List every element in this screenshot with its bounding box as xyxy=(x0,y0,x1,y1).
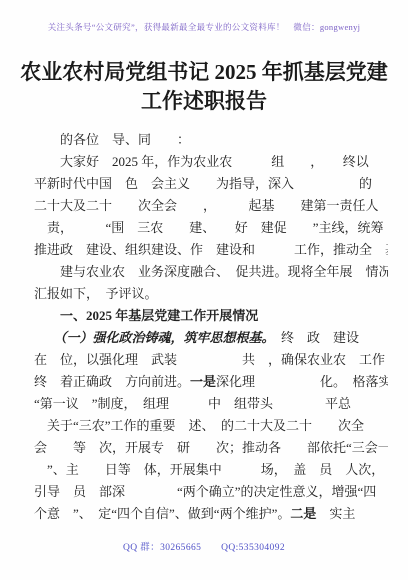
document-body: 的各位 导、同 ： 大家好 2025 年，作为农业农 组 ， 终以平新时代中国 … xyxy=(0,129,408,525)
document-title: 农业农村局党组书记 2025 年抓基层党建 工作述职报告 xyxy=(0,58,408,116)
text-segment: 深化理 化。 格落实 xyxy=(216,374,388,389)
body-line: 关于“三农”工作的重要 述、 的二十大及二十 次全 xyxy=(34,415,388,437)
text-segment: 建与农业农 业务深度融合、 促共进。现将全年展 情况 xyxy=(34,264,388,279)
body-line: 的各位 导、同 ： xyxy=(34,129,388,151)
body-line: ”、主 日等 体，开展集中 场， 盖 员 人次， xyxy=(34,459,388,481)
text-segment: 实主 xyxy=(316,506,355,521)
body-line: 平新时代中国 色 会主义 为指导，深入 的 xyxy=(34,173,388,195)
text-segment: （一）强化政治铸魂，筑牢思想根基。 xyxy=(34,330,268,345)
promo-header-text: 关注头条号“公文研究”，获得最新最全最专业的公文资料库！ 微信：gongweny… xyxy=(0,21,408,33)
text-segment: 一是 xyxy=(190,374,216,389)
qq-footer-text: QQ 群：30265665 QQ:535304092 xyxy=(0,539,408,553)
body-line: 大家好 2025 年，作为农业农 组 ， 终以 xyxy=(34,151,388,173)
text-segment: 责， “围 三农 建、 好 建促 ”主线，统筹 xyxy=(34,220,384,235)
body-line: （一）强化政治铸魂，筑牢思想根基。 终 政 建设 xyxy=(34,327,388,349)
text-segment: 二是 xyxy=(290,506,316,521)
body-line: 终 着正确政 方向前进。一是深化理 化。 格落实 xyxy=(34,371,388,393)
body-line: 责， “围 三农 建、 好 建促 ”主线，统筹 xyxy=(34,217,388,239)
text-segment: “第一议 ”制度， 组理 中 组带头 平总 xyxy=(34,396,351,411)
text-segment: ”、主 日等 体，开展集中 场， 盖 员 人次， xyxy=(34,462,384,477)
text-segment: 终 政 建设 xyxy=(268,330,359,345)
body-line: 汇报如下， 予评议。 xyxy=(34,283,388,305)
text-segment: 一、2025 年基层党建工作开展情况 xyxy=(34,308,258,323)
text-segment: 二十大及二十 次全会 ， 起基 建第一责任人 xyxy=(34,198,379,213)
text-segment: 引导 员 部深 “两个确立”的决定性意义，增强“四 xyxy=(34,484,376,499)
body-line: “第一议 ”制度， 组理 中 组带头 平总 xyxy=(34,393,388,415)
text-segment: 汇报如下， 予评议。 xyxy=(34,286,158,301)
body-line: 推进政 建设、组织建设、作 建设和 工作，推动全 基 xyxy=(34,239,388,261)
text-segment: 会 等 次，开展专 研 次；推动各 部依托“三会一 xyxy=(34,440,388,455)
body-line: 一、2025 年基层党建工作开展情况 xyxy=(34,305,388,327)
document-title-line-1: 农业农村局党组书记 2025 年抓基层党建 xyxy=(0,58,408,87)
body-line: 建与农业农 业务深度融合、 促共进。现将全年展 情况 xyxy=(34,261,388,283)
body-line: 在 位，以强化理 武装 共 ，确保农业农 工作 xyxy=(34,349,388,371)
text-segment: 在 位，以强化理 武装 共 ，确保农业农 工作 xyxy=(34,352,385,367)
text-segment: 终 着正确政 方向前进。 xyxy=(34,374,190,389)
text-segment: 的各位 导、同 ： xyxy=(34,132,190,147)
document-page: 关注头条号“公文研究”，获得最新最全最专业的公文资料库！ 微信：gongweny… xyxy=(0,0,408,580)
text-segment: 推进政 建设、组织建设、作 建设和 工作，推动全 基 xyxy=(34,242,388,257)
body-line: 二十大及二十 次全会 ， 起基 建第一责任人 xyxy=(34,195,388,217)
text-segment: 大家好 2025 年，作为农业农 组 ， 终以 xyxy=(34,154,369,169)
body-line: 个意 ”、 定“四个自信”、做到“两个维护”。二是 实主 xyxy=(34,503,388,525)
body-line: 会 等 次，开展专 研 次；推动各 部依托“三会一 xyxy=(34,437,388,459)
document-title-line-2: 工作述职报告 xyxy=(0,87,408,116)
text-segment: 平新时代中国 色 会主义 为指导，深入 的 xyxy=(34,176,372,191)
text-segment: 关于“三农”工作的重要 述、 的二十大及二十 次全 xyxy=(34,418,364,433)
text-segment: 个意 ”、 定“四个自信”、做到“两个维护”。 xyxy=(34,506,290,521)
body-line: 引导 员 部深 “两个确立”的决定性意义，增强“四 xyxy=(34,481,388,503)
